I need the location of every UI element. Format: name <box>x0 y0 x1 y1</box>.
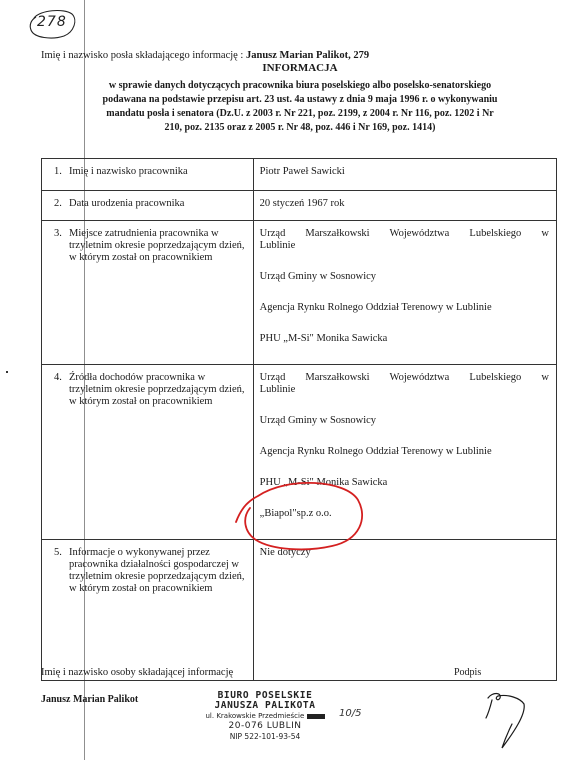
stamp-line-2: JANUSZA PALIKOTA <box>190 701 340 711</box>
signature-label: Podpis <box>454 667 481 678</box>
answer-item: PHU „M-Si" Monika Sawicka <box>260 477 549 489</box>
table-row: 3. Miejsce zatrudnienia pracownika w trz… <box>42 221 557 365</box>
question-text: Informacje o wykonywanej przez pracownik… <box>69 547 247 595</box>
header-label: Imię i nazwisko posła składającego infor… <box>41 50 246 61</box>
question-cell: 1. Imię i nazwisko pracownika <box>42 159 254 191</box>
answer-item: Nie dotyczy <box>260 547 549 559</box>
subtitle-line: podawana na podstawie przepisu art. 23 u… <box>40 93 560 107</box>
page-number-text: 278 <box>37 14 67 30</box>
stamp-line-3: ul. Krakowskie Przedmieście <box>190 711 340 721</box>
subtitle-line: mandatu posła i senatora (Dz.U. z 2003 r… <box>40 107 560 121</box>
redacted-mark <box>307 714 325 719</box>
answer-item-highlighted: „Biapol"sp.z o.o. <box>260 508 549 520</box>
subtitle-line: w sprawie danych dotyczących pracownika … <box>40 79 560 93</box>
scan-speck <box>6 371 8 373</box>
answer-item: Urząd Gminy w Sosnowicy <box>260 415 549 427</box>
handwritten-page-number: 278 <box>28 8 74 36</box>
handwritten-address-number: 10/5 <box>339 708 361 719</box>
row-number: 5. <box>54 547 69 595</box>
row-number: 3. <box>54 228 69 264</box>
row-number: 2. <box>54 198 69 210</box>
question-cell: 5. Informacje o wykonywanej przez pracow… <box>42 540 254 681</box>
answer-item: Agencja Rynku Rolnego Oddział Terenowy w… <box>260 302 549 314</box>
stamp-line-4: 20-076 LUBLIN <box>190 721 340 732</box>
answer-cell: Urząd Marszałkowski Województwa Lubelski… <box>253 365 556 540</box>
row-number: 1. <box>54 166 69 178</box>
office-stamp: BIURO POSELSKIE JANUSZA PALIKOTA ul. Kra… <box>190 691 340 742</box>
table-row: 5. Informacje o wykonywanej przez pracow… <box>42 540 557 681</box>
question-text: Data urodzenia pracownika <box>69 198 247 210</box>
answer-item: Urząd Marszałkowski Województwa Lubelski… <box>260 372 549 396</box>
information-table: 1. Imię i nazwisko pracownika Piotr Pawe… <box>41 158 557 681</box>
table-row: 2. Data urodzenia pracownika 20 styczeń … <box>42 191 557 221</box>
subtitle-line: 210, poz. 2135 oraz z 2005 r. Nr 48, poz… <box>40 121 560 135</box>
question-text: Imię i nazwisko pracownika <box>69 166 247 178</box>
document-subtitle: w sprawie danych dotyczących pracownika … <box>40 79 560 135</box>
table-row: 4. Źródła dochodów pracownika w trzyletn… <box>42 365 557 540</box>
header-value: Janusz Marian Palikot, 279 <box>246 50 369 61</box>
stamp-street: ul. Krakowskie Przedmieście <box>205 712 304 720</box>
answer-item: PHU „M-Si" Monika Sawicka <box>260 333 549 345</box>
footer-label: Imię i nazwisko osoby składającej inform… <box>41 667 233 678</box>
footer-name: Janusz Marian Palikot <box>41 694 138 705</box>
answer-item: Agencja Rynku Rolnego Oddział Terenowy w… <box>260 446 549 458</box>
answer-cell: Urząd Marszałkowski Województwa Lubelski… <box>253 221 556 365</box>
header-line: Imię i nazwisko posła składającego infor… <box>41 50 369 61</box>
answer-cell: 20 styczeń 1967 rok <box>253 191 556 221</box>
document-title: INFORMACJA <box>0 62 580 74</box>
question-text: Miejsce zatrudnienia pracownika w trzyle… <box>69 228 247 264</box>
answer-item: Piotr Paweł Sawicki <box>260 166 549 178</box>
table-row: 1. Imię i nazwisko pracownika Piotr Pawe… <box>42 159 557 191</box>
question-cell: 2. Data urodzenia pracownika <box>42 191 254 221</box>
row-number: 4. <box>54 372 69 408</box>
answer-item: Urząd Gminy w Sosnowicy <box>260 271 549 283</box>
answer-item: Urząd Marszałkowski Województwa Lubelski… <box>260 228 549 252</box>
question-text: Źródła dochodów pracownika w trzyletnim … <box>69 372 247 408</box>
stamp-line-5: NIP 522-101-93-54 <box>190 732 340 742</box>
signature-icon <box>480 690 540 752</box>
answer-item: 20 styczeń 1967 rok <box>260 198 549 210</box>
question-cell: 4. Źródła dochodów pracownika w trzyletn… <box>42 365 254 540</box>
answer-cell: Nie dotyczy <box>253 540 556 681</box>
question-cell: 3. Miejsce zatrudnienia pracownika w trz… <box>42 221 254 365</box>
answer-cell: Piotr Paweł Sawicki <box>253 159 556 191</box>
